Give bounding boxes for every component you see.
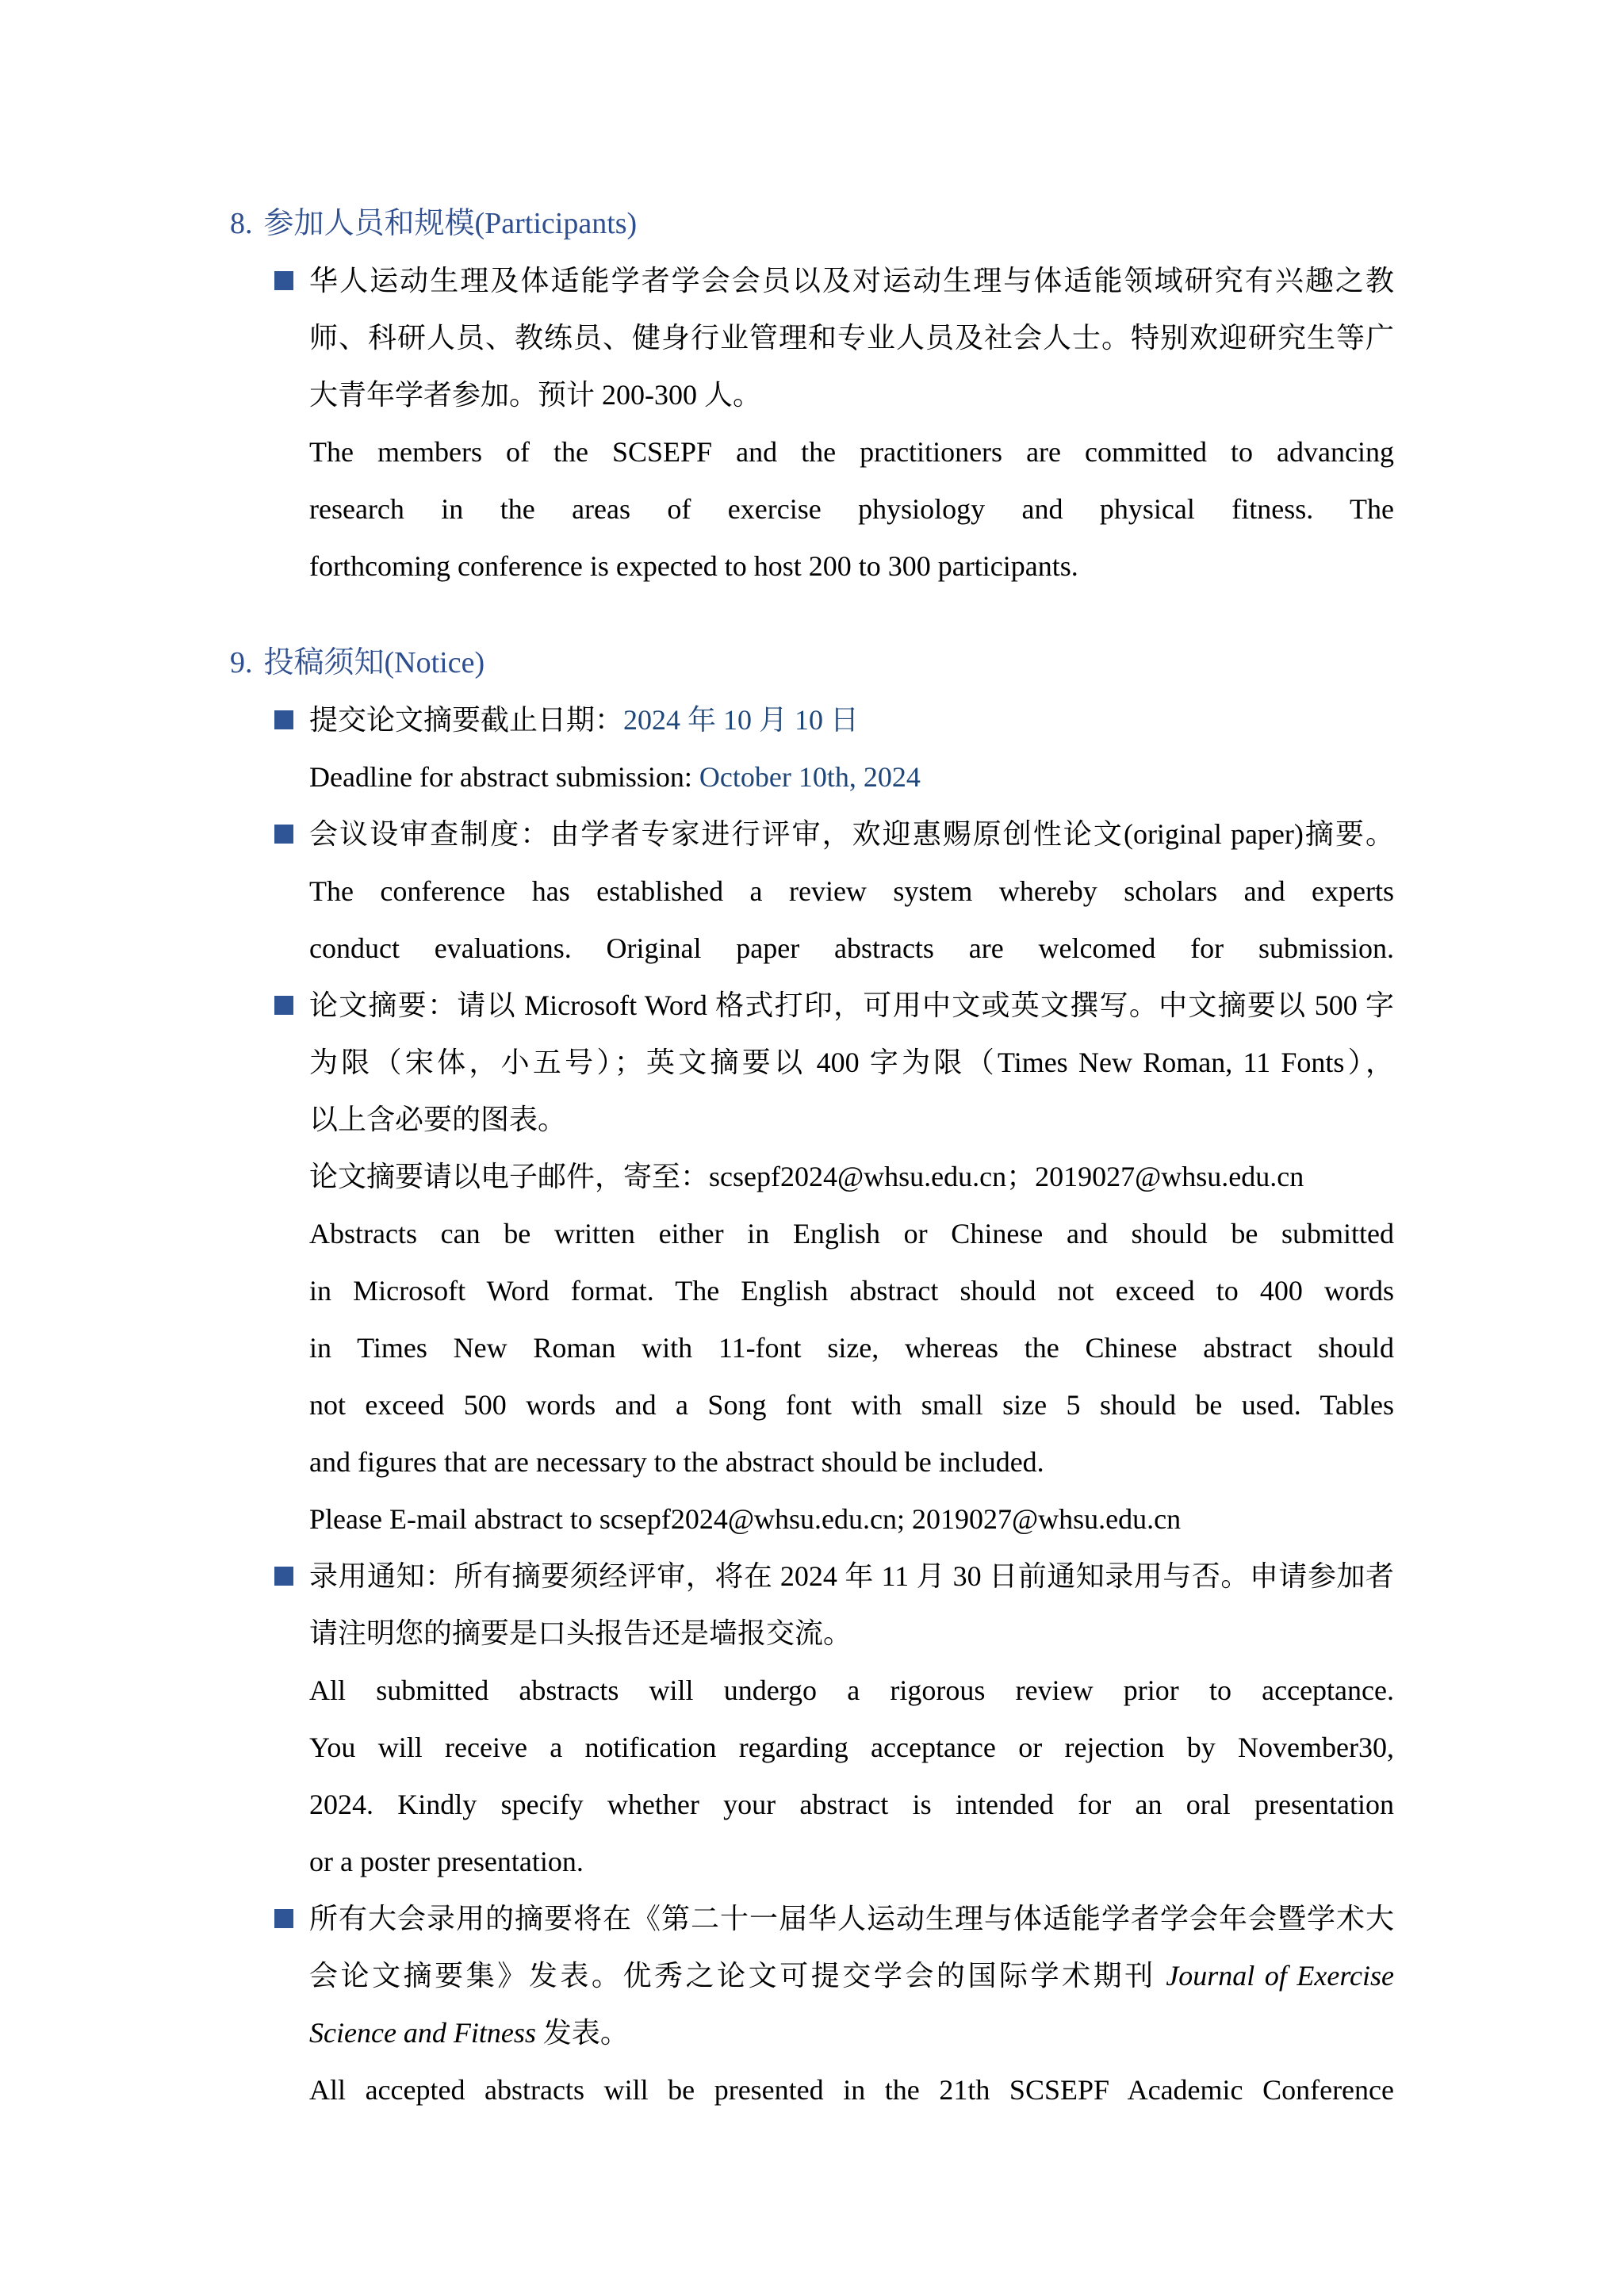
deadline-en: Deadline for abstract submission: Octobe… [309, 748, 1394, 806]
text-segment: 师、科研人员、教练员、健身行业管理和专业人员及社会人士。特别欢迎研究生等广 [309, 322, 1394, 354]
text-segment: All accepted abstracts will be presented… [309, 2074, 1394, 2106]
text-segment: or a poster presentation. [309, 1846, 584, 1877]
text-segment: 录用通知：所有摘要须经评审，将在 2024 年 11 月 30 日前通知录用与否… [309, 1560, 1394, 1592]
participants-zh-line-1: 华人运动生理及体适能学者学会会员以及对运动生理与体适能领域研究有兴趣之教 [309, 252, 1394, 309]
text-segment: 大青年学者参加。预计 200-300 人。 [309, 379, 761, 411]
text-segment: 2024 年 10 月 10 日 [623, 704, 859, 736]
acceptance-en-line-3: 2024. Kindly specify whether your abstra… [309, 1776, 1394, 1833]
abstract-en-line-2: in Microsoft Word format. The English ab… [309, 1262, 1394, 1319]
participants-en-line-3: forthcoming conference is expected to ho… [309, 538, 1394, 595]
text-segment: 以上含必要的图表。 [309, 1104, 566, 1135]
text-segment: 为限（宋体，小五号）；英文摘要以 400 字为限（Times New Roman… [309, 1047, 1394, 1078]
section-heading-8: 8.参加人员和规模(Participants) [230, 195, 1394, 252]
text-segment: 参加人员和规模(Participants) [264, 207, 638, 240]
review-zh: 会议设审查制度：由学者专家进行评审，欢迎惠赐原创性论文(original pap… [309, 806, 1394, 863]
text-segment: in Microsoft Word format. The English ab… [309, 1275, 1394, 1307]
text-segment: in Times New Roman with 11-font size, wh… [309, 1332, 1394, 1364]
abstract-en-line-4: not exceed 500 words and a Song font wit… [309, 1376, 1394, 1433]
abstract-en-line-3: in Times New Roman with 11-font size, wh… [309, 1319, 1394, 1376]
bullet-square-icon [274, 710, 293, 729]
section-gap [309, 595, 1394, 634]
text-segment: Science and Fitness [309, 2017, 536, 2049]
abstract-zh-line-1: 论文摘要：请以 Microsoft Word 格式打印，可用中文或英文撰写。中文… [309, 977, 1394, 1034]
abstract-zh-line-2: 为限（宋体，小五号）；英文摘要以 400 字为限（Times New Roman… [309, 1034, 1394, 1091]
text-segment: 8. [230, 207, 253, 240]
text-segment: 提交论文摘要截止日期： [309, 704, 623, 736]
text-segment: You will receive a notification regardin… [309, 1732, 1394, 1763]
bullet-square-icon [274, 1567, 293, 1586]
text-segment: 会论文摘要集》发表。优秀之论文可提交学会的国际学术期刊 [309, 1960, 1166, 1992]
text-segment: research in the areas of exercise physio… [309, 493, 1394, 525]
participants-zh-line-3: 大青年学者参加。预计 200-300 人。 [309, 366, 1394, 423]
participants-en-line-2: research in the areas of exercise physio… [309, 480, 1394, 538]
text-segment: 9. [230, 646, 253, 679]
text-segment: 华人运动生理及体适能学者学会会员以及对运动生理与体适能领域研究有兴趣之教 [309, 265, 1394, 297]
deadline-zh: 提交论文摘要截止日期：2024 年 10 月 10 日 [309, 691, 1394, 748]
abstract-email-zh: 论文摘要请以电子邮件，寄至：scsepf2024@whsu.edu.cn；201… [309, 1148, 1394, 1205]
text-segment: The conference has established a review … [309, 875, 1394, 907]
text-segment: 2024. Kindly specify whether your abstra… [309, 1789, 1394, 1820]
publication-zh-line-2: 会论文摘要集》发表。优秀之论文可提交学会的国际学术期刊 Journal of E… [309, 1947, 1394, 2004]
bullet-square-icon [274, 1909, 293, 1928]
acceptance-zh-line-1: 录用通知：所有摘要须经评审，将在 2024 年 11 月 30 日前通知录用与否… [309, 1548, 1394, 1605]
acceptance-zh-line-2: 请注明您的摘要是口头报告还是墙报交流。 [309, 1605, 1394, 1662]
text-segment: conduct evaluations. Original paper abst… [309, 932, 1394, 964]
text-segment: 论文摘要请以电子邮件，寄至：scsepf2024@whsu.edu.cn；201… [309, 1161, 1304, 1192]
acceptance-en-line-4: or a poster presentation. [309, 1833, 1394, 1890]
abstract-zh-line-3: 以上含必要的图表。 [309, 1091, 1394, 1148]
document-page: 8.参加人员和规模(Participants)华人运动生理及体适能学者学会会员以… [0, 0, 1624, 2296]
acceptance-en-line-2: You will receive a notification regardin… [309, 1719, 1394, 1776]
text-segment: forthcoming conference is expected to ho… [309, 550, 1078, 582]
publication-en-line-1: All accepted abstracts will be presented… [309, 2061, 1394, 2118]
text-segment: The members of the SCSEPF and the practi… [309, 436, 1394, 468]
text-segment: Abstracts can be written either in Engli… [309, 1218, 1394, 1249]
text-segment: 论文摘要：请以 Microsoft Word 格式打印，可用中文或英文撰写。中文… [309, 989, 1394, 1021]
text-segment: Please E-mail abstract to scsepf2024@whs… [309, 1503, 1181, 1535]
text-segment: 请注明您的摘要是口头报告还是墙报交流。 [309, 1617, 852, 1649]
text-segment: and figures that are necessary to the ab… [309, 1446, 1044, 1478]
bullet-square-icon [274, 996, 293, 1015]
publication-zh-line-1: 所有大会录用的摘要将在《第二十一届华人运动生理与体适能学者学会年会暨学术大 [309, 1890, 1394, 1947]
section-heading-9: 9.投稿须知(Notice) [230, 634, 1394, 691]
text-segment: not exceed 500 words and a Song font wit… [309, 1389, 1394, 1421]
text-segment: 会议设审查制度：由学者专家进行评审，欢迎惠赐原创性论文(original pap… [309, 818, 1394, 850]
review-en-line-1: The conference has established a review … [309, 863, 1394, 920]
abstract-en-line-5: and figures that are necessary to the ab… [309, 1433, 1394, 1490]
text-segment: 所有大会录用的摘要将在《第二十一届华人运动生理与体适能学者学会年会暨学术大 [309, 1903, 1394, 1934]
text-segment: October 10th, 2024 [699, 761, 921, 793]
review-en-line-2: conduct evaluations. Original paper abst… [309, 920, 1394, 977]
text-segment: 发表。 [536, 2017, 629, 2049]
publication-zh-line-3: Science and Fitness 发表。 [309, 2004, 1394, 2061]
participants-en-line-1: The members of the SCSEPF and the practi… [309, 423, 1394, 480]
text-segment: Journal of Exercise [1166, 1960, 1394, 1992]
document-body: 8.参加人员和规模(Participants)华人运动生理及体适能学者学会会员以… [309, 195, 1394, 2118]
abstract-en-line-1: Abstracts can be written either in Engli… [309, 1205, 1394, 1262]
acceptance-en-line-1: All submitted abstracts will undergo a r… [309, 1662, 1394, 1719]
participants-zh-line-2: 师、科研人员、教练员、健身行业管理和专业人员及社会人士。特别欢迎研究生等广 [309, 309, 1394, 366]
text-segment: 投稿须知(Notice) [264, 646, 485, 679]
abstract-email-en: Please E-mail abstract to scsepf2024@whs… [309, 1490, 1394, 1548]
text-segment: All submitted abstracts will undergo a r… [309, 1674, 1394, 1706]
bullet-square-icon [274, 271, 293, 290]
text-segment: Deadline for abstract submission: [309, 761, 699, 793]
bullet-square-icon [274, 825, 293, 844]
